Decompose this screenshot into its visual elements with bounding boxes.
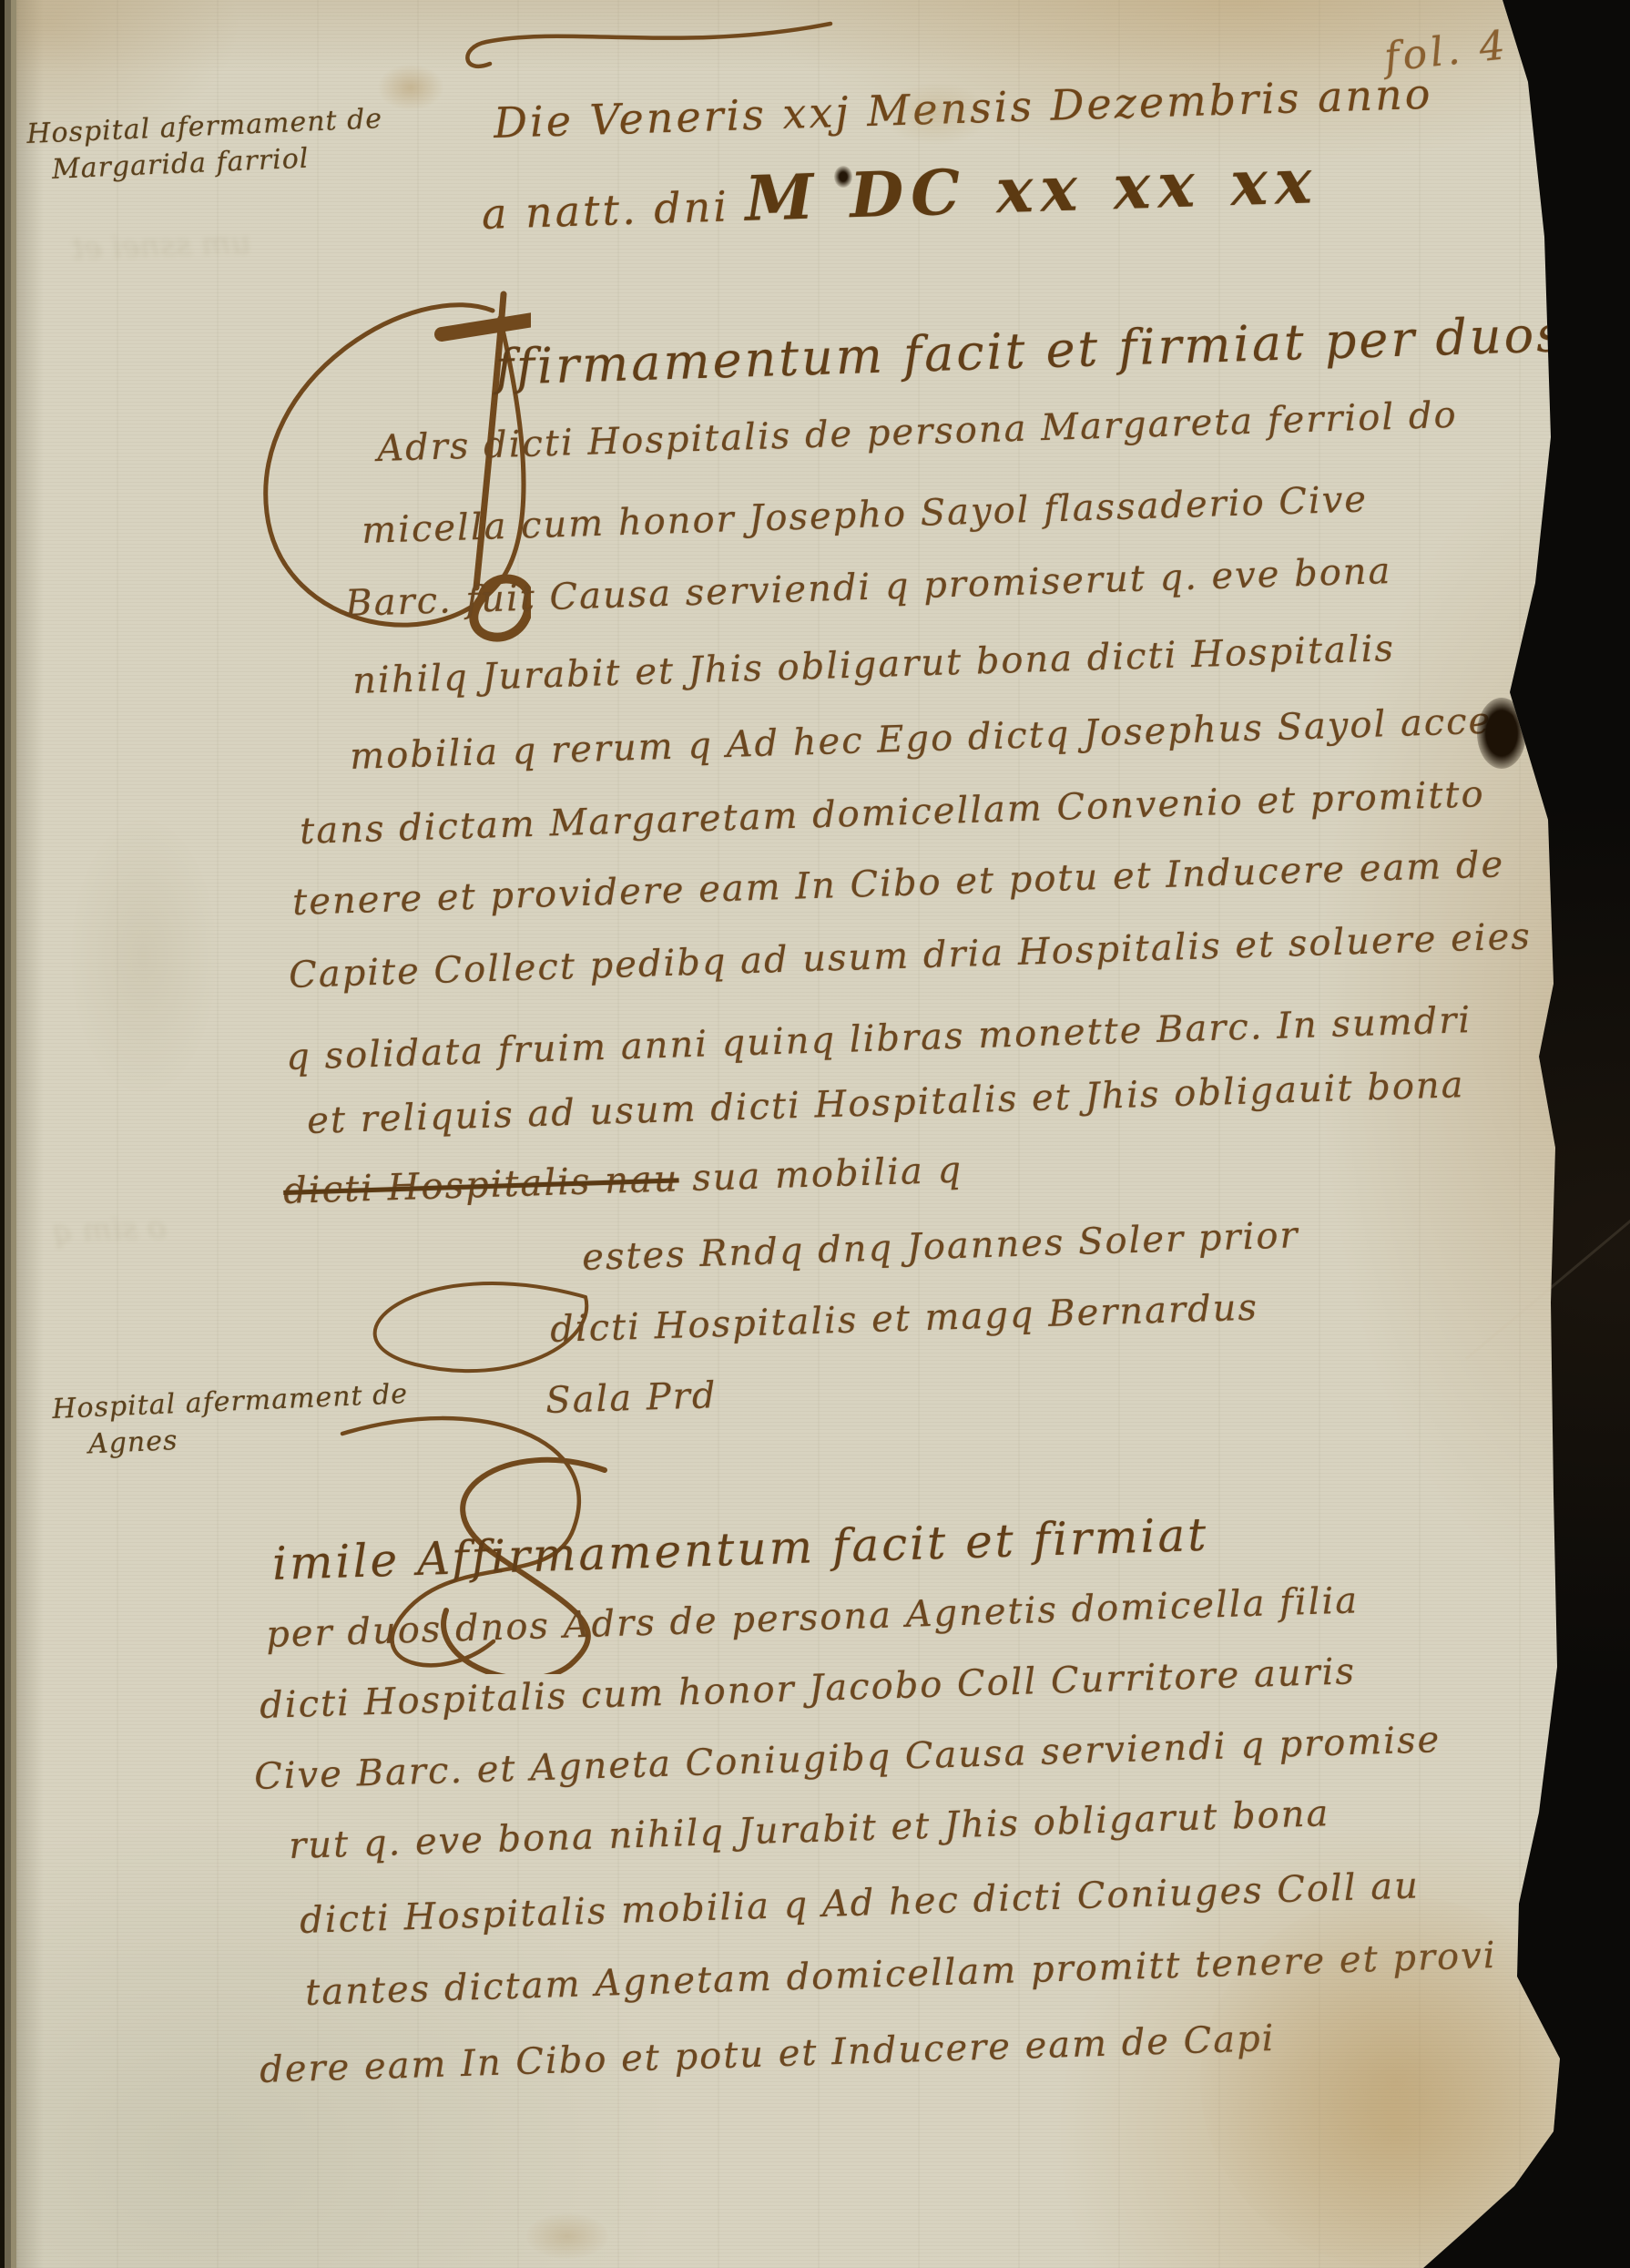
manuscript-page: um ssnei et o sim q fol. 4 Die Veneris x…: [16, 0, 1584, 2268]
witness-line: Sala Prd: [545, 1374, 718, 1422]
p1-line: et reliquis ad usum dicti Hospitalis et …: [307, 1064, 1466, 1142]
p2-line: tantes dictam Agnetam domicellam promitt…: [305, 1935, 1498, 2014]
header-year-prefix: a natt. dni: [481, 181, 730, 239]
p1-line: nihilq Jurabit et Jhis obligarut bona di…: [352, 628, 1396, 702]
p1-line: ffirmamentum facit et firmiat per duos: [494, 305, 1565, 396]
margin-note-margarida: Hospital afermament de Margarida farriol: [26, 101, 385, 189]
margin-note-agnes: Hospital afermament de Agnes: [52, 1376, 411, 1465]
p2-line: imile Affirmamentum facit et firmiat: [271, 1508, 1209, 1590]
top-flourish: [455, 9, 838, 73]
p1-line: micella cum honor Josepho Sayol flassade…: [362, 478, 1369, 552]
foxing-spot: [526, 2213, 608, 2259]
header-year-line: a natt. dni M DC xx xx xx: [480, 145, 1319, 244]
p2-line: Cive Barc. et Agneta Coniugibq Causa ser…: [254, 1719, 1442, 1798]
foxing-spot: [71, 820, 217, 1093]
p1-line: Capite Collect pedibq ad usum dria Hospi…: [289, 915, 1533, 996]
p2-line: dere eam In Cibo et potu et Inducere eam…: [260, 2018, 1277, 2091]
after-struck-text: sua mobilia q: [678, 1149, 963, 1200]
manuscript-photo: um ssnei et o sim q fol. 4 Die Veneris x…: [0, 0, 1630, 2268]
p1-line: tenere et providere eam In Cibo et potu …: [292, 843, 1505, 924]
p1-crossed-out-line: dicti Hospitalis nau sua mobilia q: [283, 1149, 963, 1212]
p1-line: mobilia q rerum q Ad hec Ego dictq Josep…: [350, 700, 1518, 778]
foxing-spot: [377, 64, 444, 111]
witness-line: dicti Hospitalis et magq Bernardus: [550, 1287, 1259, 1351]
p1-line: q solidata fruim anni quinq libras monet…: [286, 999, 1472, 1078]
p2-line: rut q. eve bona nihilq Jurabit et Jhis o…: [289, 1793, 1330, 1867]
header-year-numerals: M DC xx xx xx: [744, 145, 1320, 236]
verso-show-through: o sim q: [52, 1210, 167, 1250]
verso-show-through: um ssnei et: [70, 225, 251, 268]
p2-line: dicti Hospitalis mobilia q Ad hec dicti …: [300, 1864, 1421, 1942]
p1-line: Adrs dicti Hospitalis de persona Margare…: [377, 394, 1459, 470]
header-date-line: Die Veneris xxj Mensis Dezembris anno: [493, 69, 1433, 148]
p2-line: per duos dnos Adrs de persona Agnetis do…: [266, 1579, 1360, 1656]
p1-line: Barc. fuit Causa serviendi q promiserut …: [345, 550, 1393, 625]
witness-line: estes Rndq dnq Joannes Soler prior: [582, 1214, 1300, 1279]
struck-text: dicti Hospitalis nau: [283, 1158, 680, 1212]
p2-line: dicti Hospitalis cum honor Jacobo Coll C…: [260, 1650, 1357, 1727]
p1-line: tans dictam Margaretam domicellam Conven…: [300, 773, 1486, 853]
